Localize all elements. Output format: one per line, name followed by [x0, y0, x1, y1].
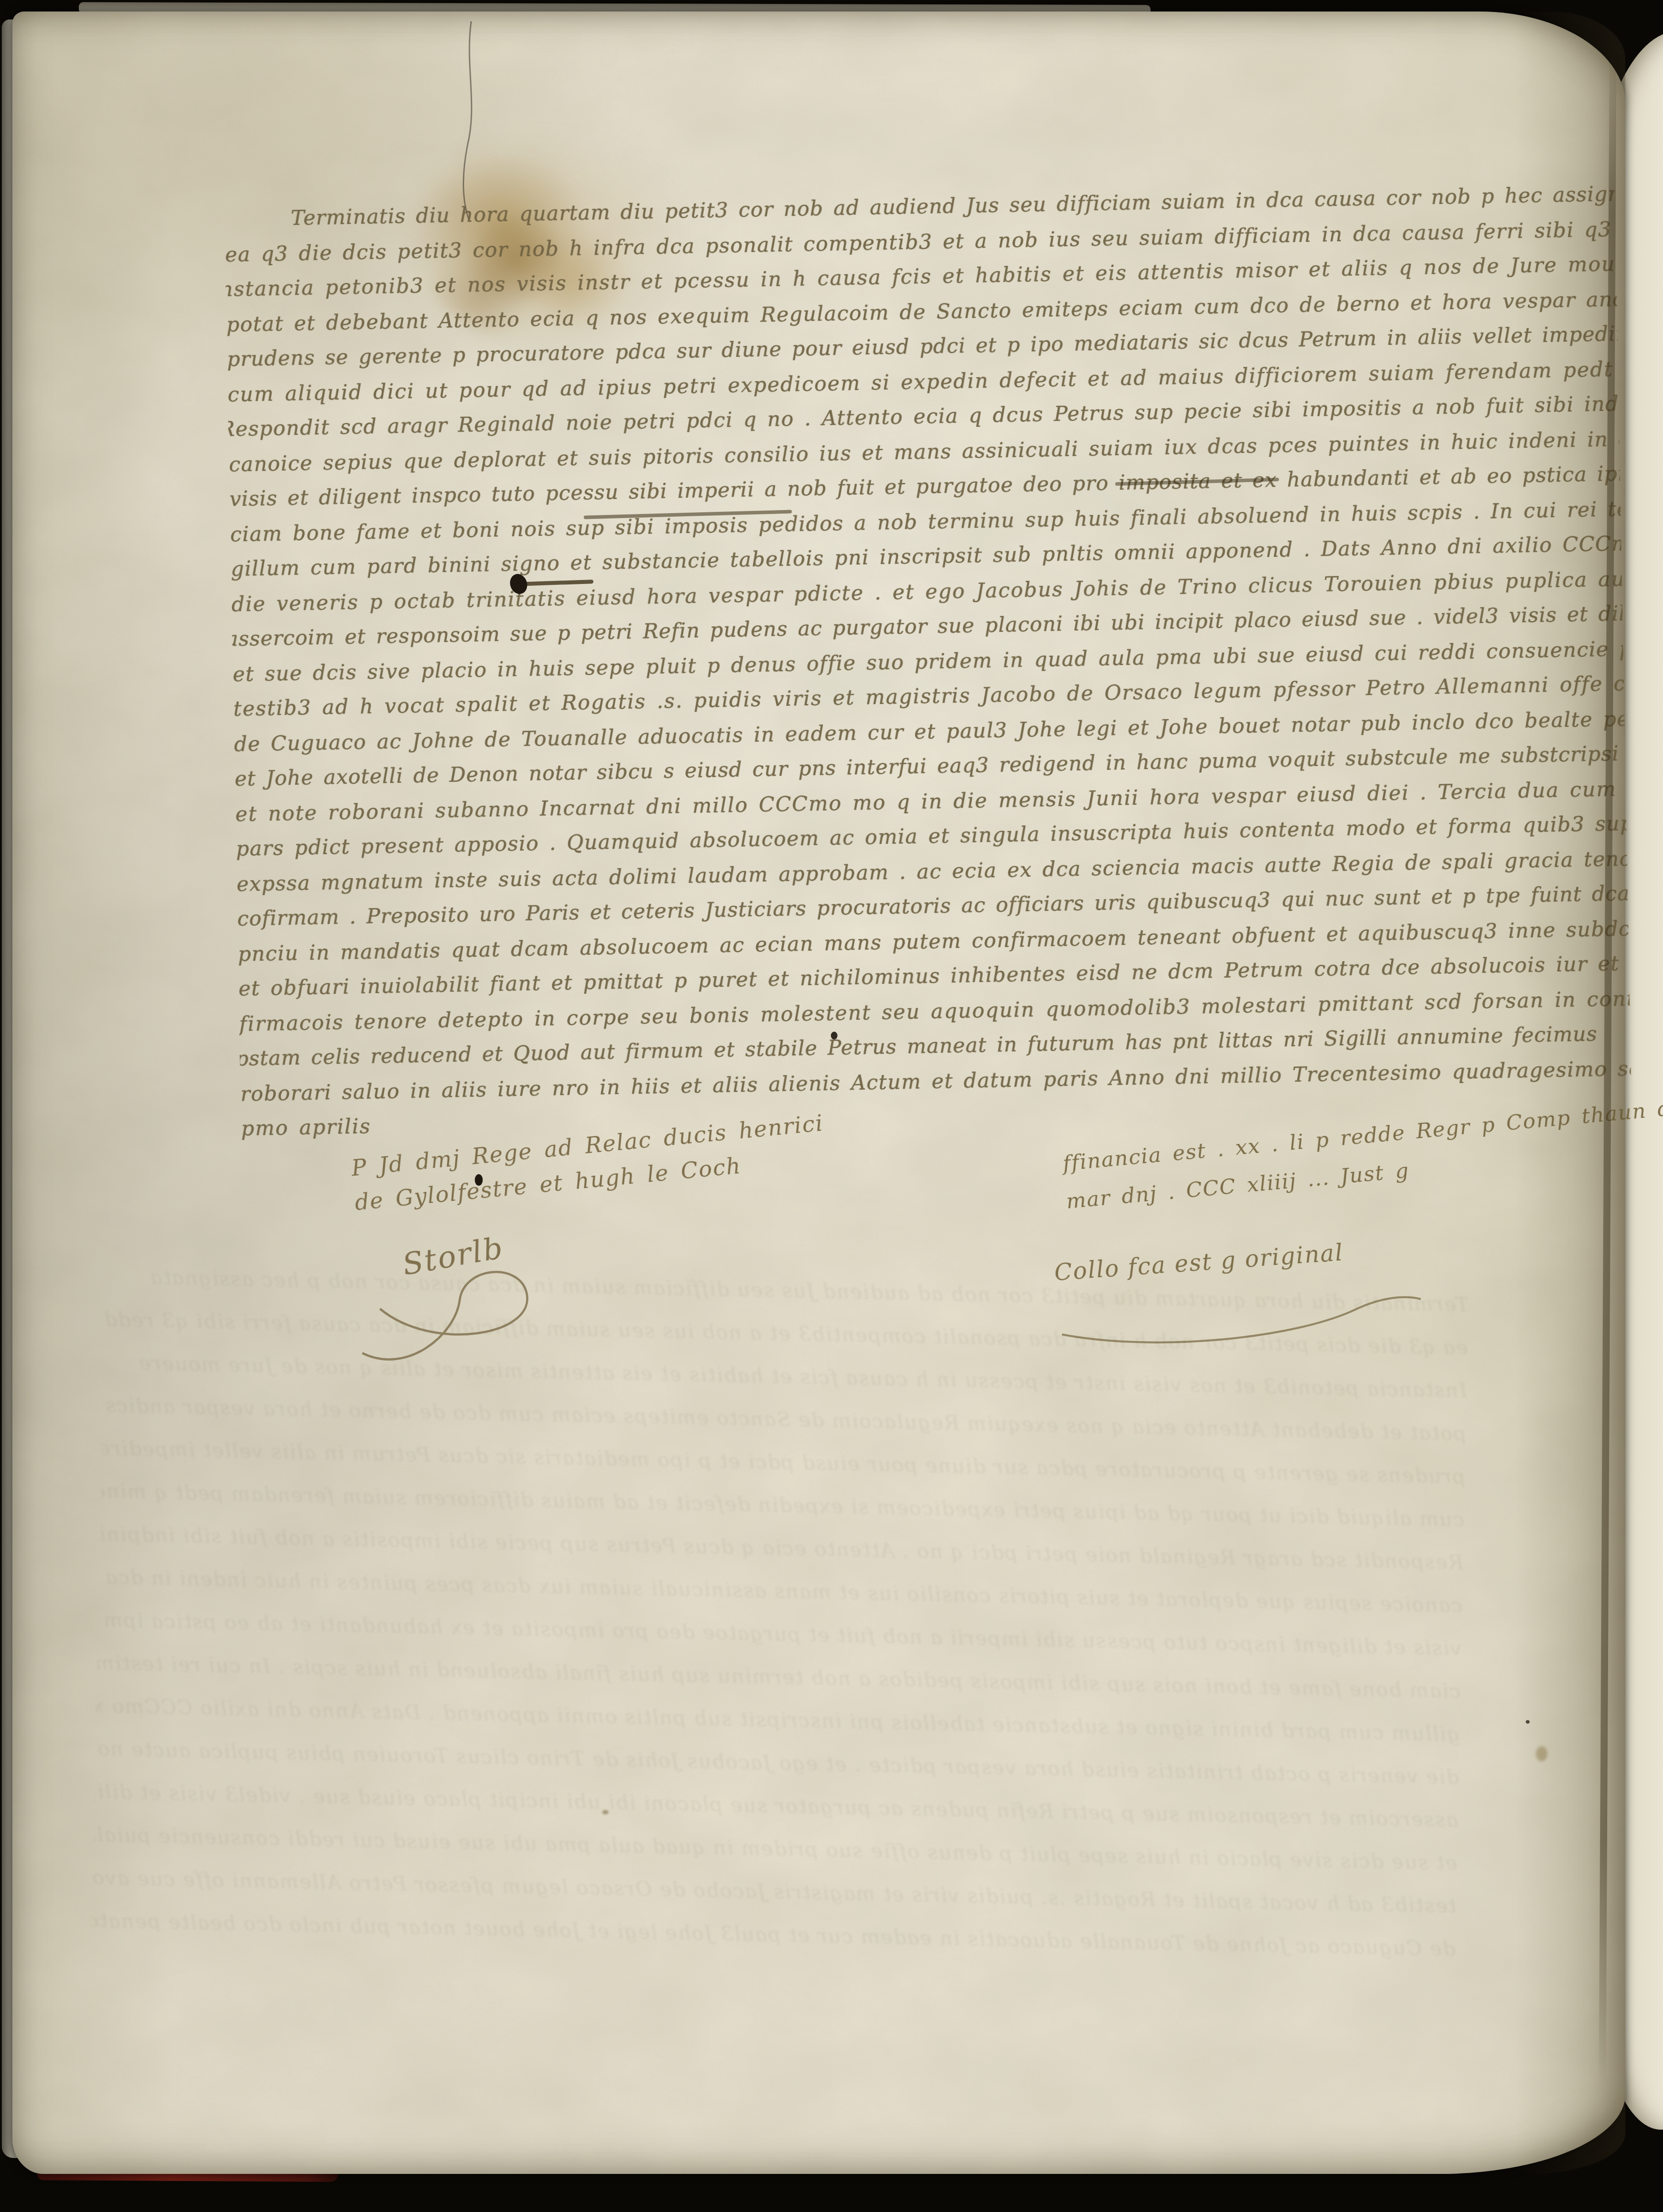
manuscript-photograph: Terminatis diu hora quartam diu petit3 c…	[0, 0, 1663, 2212]
stain-smudge	[602, 1810, 609, 1814]
parchment-folio: Terminatis diu hora quartam diu petit3 c…	[12, 12, 1625, 2174]
signature-flourish	[353, 1242, 601, 1384]
collation-flourish	[1049, 1281, 1438, 1352]
show-through-text: Terminatis diu hora quartam diu petit3 c…	[91, 1255, 1469, 1970]
main-text-block: Terminatis diu hora quartam diu petit3 c…	[224, 176, 1632, 1146]
photo-black-backdrop: { "document": { "description": "Parchmen…	[0, 0, 1663, 2212]
stain-smudge	[1536, 1746, 1547, 1761]
ink-speck	[1526, 1720, 1530, 1724]
ink-blot	[831, 1032, 837, 1040]
